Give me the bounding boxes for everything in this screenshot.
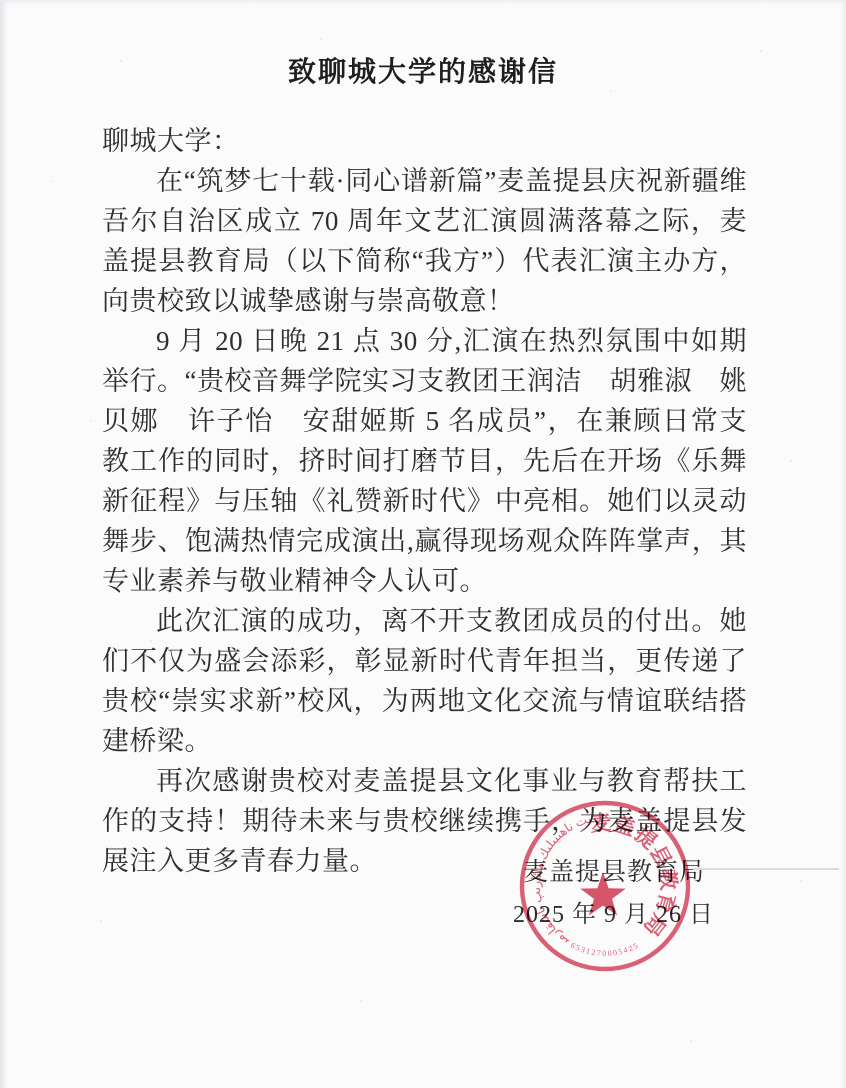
scan-edge-left [0, 0, 8, 1088]
scanned-letter-page: 致聊城大学的感谢信 聊城大学： 在“筑梦七十载·同心谱新篇”麦盖提县庆祝新疆维吾… [0, 0, 846, 1088]
seal-serial-number: 6531270005425 [569, 941, 641, 958]
letter-body: 聊城大学： 在“筑梦七十载·同心谱新篇”麦盖提县庆祝新疆维吾尔自治区成立 70 … [102, 121, 747, 881]
paragraph-1: 在“筑梦七十载·同心谱新篇”麦盖提县庆祝新疆维吾尔自治区成立 70 周年文艺汇演… [102, 161, 747, 321]
scan-edge-top [0, 0, 846, 4]
seal-char: 教 [655, 868, 681, 892]
seal-star-icon [580, 872, 626, 915]
scan-noise [0, 0, 2, 2]
official-seal-stamp: 麦 盖 提 县 教 育 局 مەكىت ناھىيىلىك مائارىپ با… [500, 781, 710, 991]
scan-fold-line [693, 868, 839, 870]
letter-title: 致聊城大学的感谢信 [0, 0, 846, 90]
paragraph-3: 此次汇演的成功，离不开支教团成员的付出。她们不仅为盛会添彩，彰显新时代青年担当，… [102, 601, 747, 761]
seal-char: 麦 [589, 810, 612, 835]
paragraph-2: 9 月 20 日晚 21 点 30 分,汇演在热烈氛围中如期举行。“贵校音舞学院… [102, 321, 747, 601]
salutation: 聊城大学： [102, 121, 747, 161]
scan-edge-right [840, 0, 846, 1088]
